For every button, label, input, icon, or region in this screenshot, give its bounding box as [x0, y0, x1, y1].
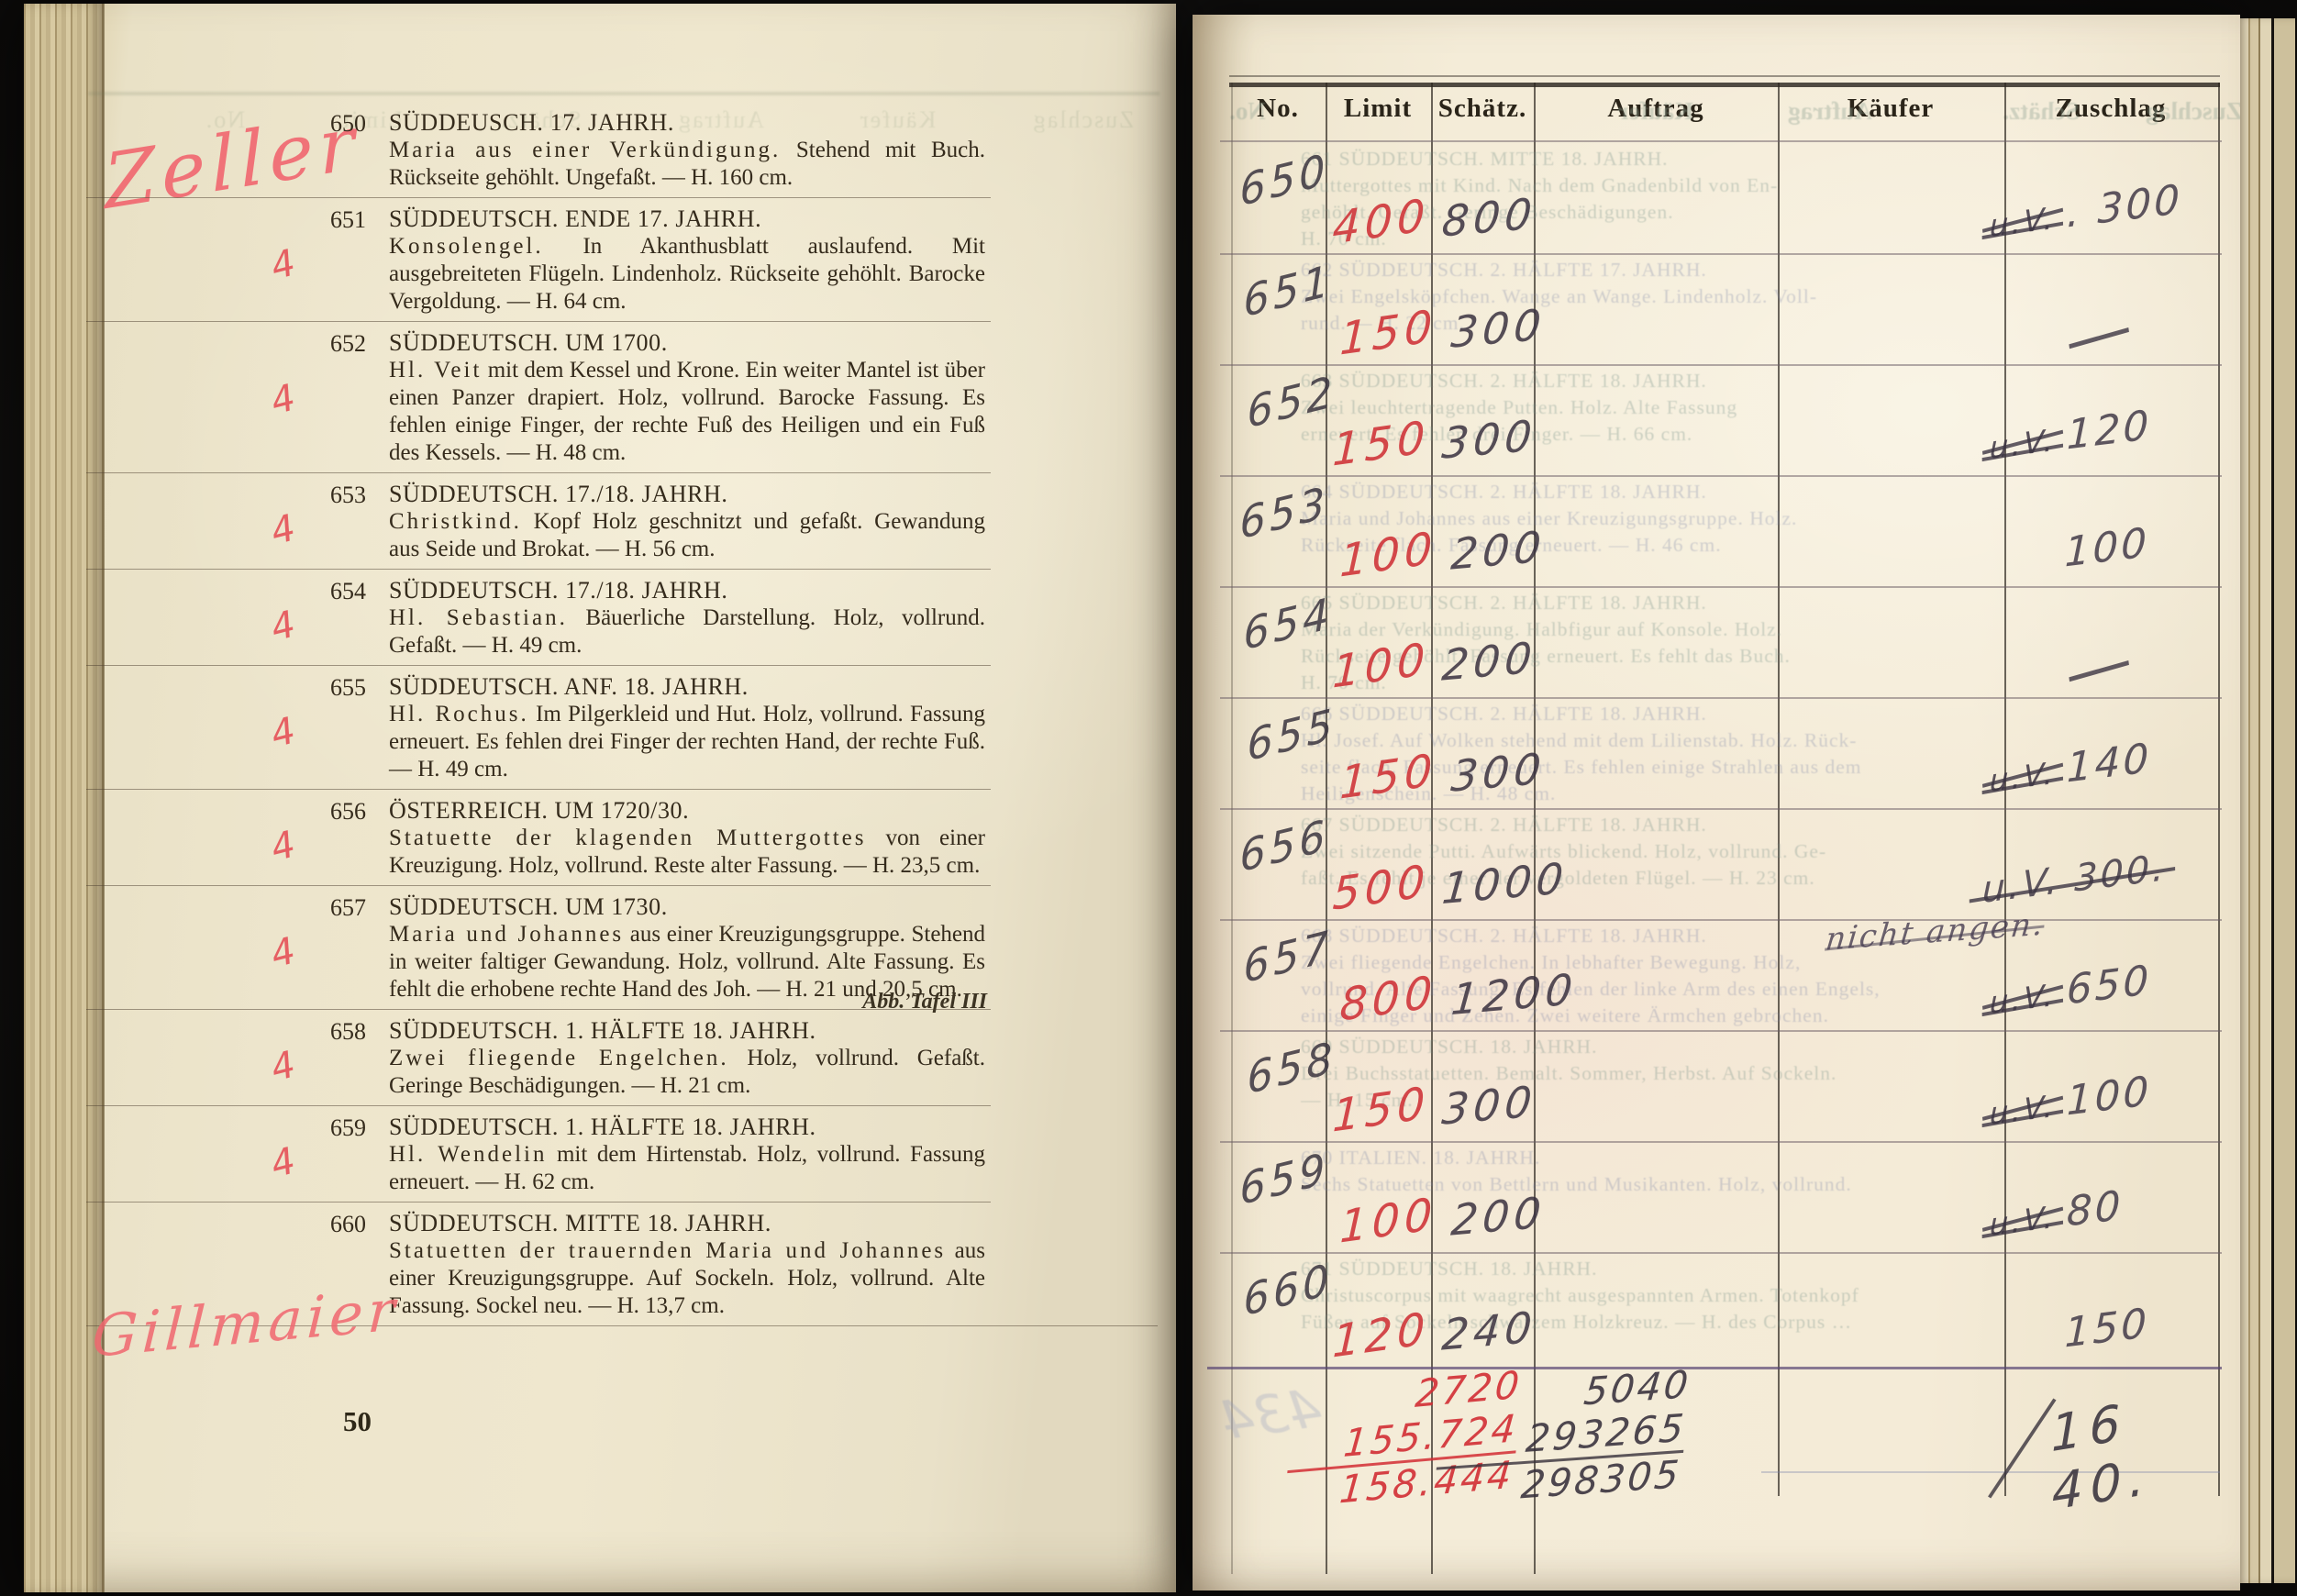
lot-lead: Hl. Wendelin [389, 1142, 547, 1167]
red-tick-mark: 4 [271, 709, 296, 758]
table-row-rule [1220, 253, 2222, 255]
crossed-out-mark: u.V. [1989, 1088, 2056, 1132]
handwritten-estimate: 240 [1440, 1302, 1538, 1360]
column-header: Schätz. [1438, 94, 1526, 124]
lot-lead: Christkind. [389, 509, 522, 534]
lot-lead: Konsolengel. [389, 234, 544, 259]
handwritten-estimate: 300 [1440, 1076, 1538, 1135]
catalog-entry: 660SÜDDEUTSCH. MITTE 18. JAHRH.Statuette… [389, 1202, 985, 1325]
lot-lead: Maria aus einer Verkündigung. [389, 138, 781, 162]
lot-description: Hl. Veit mit dem Kessel und Krone. Ein w… [389, 357, 985, 467]
column-header: Limit [1344, 94, 1412, 124]
handwritten-estimate: 300 [1449, 299, 1548, 358]
crossed-out-mark: u.V. [1989, 200, 2056, 244]
red-tick-mark: 4 [271, 603, 296, 651]
catalog-entry: 4654SÜDDEUTSCH. 17./18. JAHRH.Hl. Sebast… [389, 569, 985, 665]
bleedthrough-line: 666 SÜDDEUTSCH. 2. HÄLFTE 18. JAHRH. [1301, 701, 2108, 727]
lot-title: SÜDDEUTSCH. UM 1730. [389, 893, 985, 921]
hammer-total: 16 40. [2050, 1375, 2240, 1522]
red-tick-mark: 4 [271, 1139, 296, 1188]
lot-description: Christkind. Kopf Holz geschnitzt und gef… [389, 508, 985, 563]
catalog-entry: 4657SÜDDEUTSCH. UM 1730.Maria und Johann… [389, 885, 985, 1009]
bleedthrough-line: 671 SÜDDEUTSCH. 18. JAHRH. [1301, 1256, 2108, 1282]
lot-number: 650 [330, 110, 366, 138]
lot-lead: Zwei fliegende Engelchen. [389, 1046, 729, 1070]
lot-number: 654 [330, 578, 366, 605]
catalog-entries: 650SÜDDEUSCH. 17. JAHRH.Maria aus einer … [24, 101, 1176, 1326]
table-row-rule [1220, 364, 2222, 366]
table-row-rule [1220, 808, 2222, 810]
lot-title: SÜDDEUTSCH. UM 1700. [389, 329, 985, 357]
hammer-price-value: 100 [2064, 519, 2149, 577]
table-sum-rule [1207, 1367, 2222, 1369]
bleedthrough-column-header: No. [1229, 97, 1266, 126]
handwritten-estimate: 200 [1449, 1187, 1548, 1246]
hammer-price-value: 150 [2064, 1300, 2149, 1358]
lot-title: SÜDDEUTSCH. 17./18. JAHRH. [389, 577, 985, 604]
lot-number: 658 [330, 1018, 366, 1046]
lot-description: Maria aus einer Verkündigung. Stehend mi… [389, 137, 985, 192]
table-row-rule [1220, 1030, 2222, 1032]
lot-lead: Hl. Veit [389, 358, 482, 382]
table-vertical-rule [1231, 83, 1233, 1574]
bleedthrough-line: 670 ITALIEN. 18. JAHRH. [1301, 1145, 2108, 1171]
no-sale-dash [2069, 327, 2129, 349]
lot-lead: Maria und Johannes [389, 922, 624, 947]
lot-description: Hl. Rochus. Im Pilgerkleid und Hut. Holz… [389, 701, 985, 783]
bleedthrough-line: 669 SÜDDEUTSCH. 18. JAHRH. [1301, 1034, 2108, 1060]
bleedthrough-column-header: Auftrag [1788, 97, 1871, 126]
lot-description: Konsolengel. In Akanthusblatt auslaufend… [389, 233, 985, 316]
lot-description: Zwei fliegende Engelchen. Holz, vollrund… [389, 1045, 985, 1100]
estimate-totals: 5040293265298305 [1432, 1363, 1693, 1513]
bleedthrough-line: 664 SÜDDEUTSCH. 2. HÄLFTE 18. JAHRH. [1301, 479, 2108, 505]
lot-lead: Statuetten der trauernden Maria und Joha… [389, 1238, 946, 1263]
handwritten-estimate: 200 [1449, 521, 1548, 580]
handwritten-estimate: 200 [1440, 632, 1538, 691]
bleedthrough-column-header: Schätz. [2003, 97, 2079, 126]
catalog-entry: 4651SÜDDEUTSCH. ENDE 17. JAHRH.Konsoleng… [389, 197, 985, 321]
table-row-rule [1220, 919, 2222, 921]
lot-lead: Hl. Rochus. [389, 702, 529, 726]
lot-number: 660 [330, 1211, 366, 1238]
lot-title: SÜDDEUTSCH. 1. HÄLFTE 18. JAHRH. [389, 1017, 985, 1045]
left-page: Zuschlag Käufer Auftrag Schätz. Limit No… [24, 4, 1176, 1592]
bleedthrough-line: 665 SÜDDEUTSCH. 2. HÄLFTE 18. JAHRH. [1301, 590, 2108, 616]
table-row-rule [1220, 1141, 2222, 1143]
crossed-out-mark: u.V. [1989, 1199, 2056, 1243]
catalog-entry: 4652SÜDDEUTSCH. UM 1700.Hl. Veit mit dem… [389, 321, 985, 472]
table-row-rule [1220, 697, 2222, 699]
lot-description: Statuetten der trauernden Maria und Joha… [389, 1237, 985, 1320]
lot-number: 655 [330, 674, 366, 702]
bleedthrough-line: 667 SÜDDEUTSCH. 2. HÄLFTE 18. JAHRH. [1301, 812, 2108, 838]
lot-title: SÜDDEUTSCH. 17./18. JAHRH. [389, 481, 985, 508]
lot-title: ÖSTERREICH. UM 1720/30. [389, 797, 985, 825]
bleedthrough-line: 663 SÜDDEUTSCH. 2. HÄLFTE 18. JAHRH. [1301, 368, 2108, 394]
catalog-entry: 4658SÜDDEUTSCH. 1. HÄLFTE 18. JAHRH.Zwei… [389, 1009, 985, 1105]
lot-number: 651 [330, 206, 366, 234]
right-page-stack-edge [2240, 18, 2295, 1583]
lot-number: 656 [330, 798, 366, 826]
lot-lead: Statuette der klagenden Muttergottes [389, 826, 867, 850]
catalog-entry: 4656ÖSTERREICH. UM 1720/30.Statuette der… [389, 789, 985, 885]
table-row-rule [1220, 1252, 2222, 1254]
bleedthrough-column-header: Käufer [1618, 97, 1693, 126]
lot-description: Hl. Sebastian. Bäuerliche Darstellung. H… [389, 604, 985, 659]
red-tick-mark: 4 [271, 929, 296, 978]
red-tick-mark: 4 [271, 375, 296, 424]
lot-title: SÜDDEUTSCH. MITTE 18. JAHRH. [389, 1210, 985, 1237]
lot-number: 652 [330, 330, 366, 358]
hammer-price-value: 650 [2066, 957, 2151, 1014]
bleedthrough-column-header: Zuschlag [2146, 97, 2242, 126]
lot-title: SÜDDEUTSCH. 1. HÄLFTE 18. JAHRH. [389, 1114, 985, 1141]
right-page: No.LimitSchätz.AuftragKäuferZuschlagNo.K… [1193, 15, 2240, 1590]
no-sale-dash [2069, 660, 2129, 682]
hammer-price-value: 80 [2066, 1182, 2123, 1236]
catalog-entry: 4659SÜDDEUTSCH. 1. HÄLFTE 18. JAHRH.Hl. … [389, 1105, 985, 1202]
catalog-entry: 4655SÜDDEUTSCH. ANF. 18. JAHRH.Hl. Rochu… [389, 665, 985, 789]
lot-title: SÜDDEUTSCH. ANF. 18. JAHRH. [389, 673, 985, 701]
bleedthrough-line: 661 SÜDDEUTSCH. MITTE 18. JAHRH. [1301, 146, 2108, 172]
catalog-entry: 4653SÜDDEUTSCH. 17./18. JAHRH.Christkind… [389, 472, 985, 569]
lot-number: 659 [330, 1114, 366, 1142]
table-top-rule [1229, 83, 2220, 87]
hammer-price-value: 100 [2066, 1068, 2151, 1125]
lot-lead: Hl. Sebastian. [389, 605, 568, 630]
catalog-entry: 650SÜDDEUSCH. 17. JAHRH.Maria aus einer … [389, 101, 985, 197]
hammer-price-value: 140 [2066, 735, 2151, 792]
handwritten-estimate: 300 [1440, 410, 1538, 469]
handwritten-estimate: 300 [1449, 743, 1548, 802]
red-tick-mark: 4 [271, 506, 296, 555]
lot-title: SÜDDEUTSCH. ENDE 17. JAHRH. [389, 205, 985, 233]
crossed-out-mark: u.V. [1989, 977, 2056, 1021]
handwritten-estimate: 800 [1440, 188, 1538, 247]
hammer-price-value: 120 [2066, 402, 2151, 460]
auction-catalog-photo: Zuschlag Käufer Auftrag Schätz. Limit No… [0, 0, 2297, 1596]
lot-title: SÜDDEUSCH. 17. JAHRH. [389, 109, 985, 137]
table-row-rule [1220, 140, 2222, 142]
red-tick-mark: 4 [271, 241, 296, 290]
lot-number: 657 [330, 894, 366, 922]
table-row-rule [1220, 586, 2222, 588]
bleedthrough-line: 668 SÜDDEUTSCH. 2. HÄLFTE 18. JAHRH. [1301, 923, 2108, 949]
page-number: 50 [343, 1405, 372, 1438]
bleedthrough-rule [88, 92, 1160, 95]
table-top-rule-2 [1229, 75, 2220, 77]
lot-number: 653 [330, 482, 366, 509]
crossed-out-mark: u.V. [1989, 422, 2056, 466]
red-tick-mark: 4 [271, 823, 296, 871]
lot-description: Statuette der klagenden Muttergottes von… [389, 825, 985, 880]
red-tick-mark: 4 [271, 1043, 296, 1092]
bleedthrough-line: 662 SÜDDEUTSCH. 2. HÄLFTE 17. JAHRH. [1301, 257, 2108, 283]
crossed-out-mark: u.V. [1989, 755, 2056, 799]
table-row-rule [1220, 475, 2222, 477]
lot-description: Hl. Wendelin mit dem Hirtenstab. Holz, v… [389, 1141, 985, 1196]
